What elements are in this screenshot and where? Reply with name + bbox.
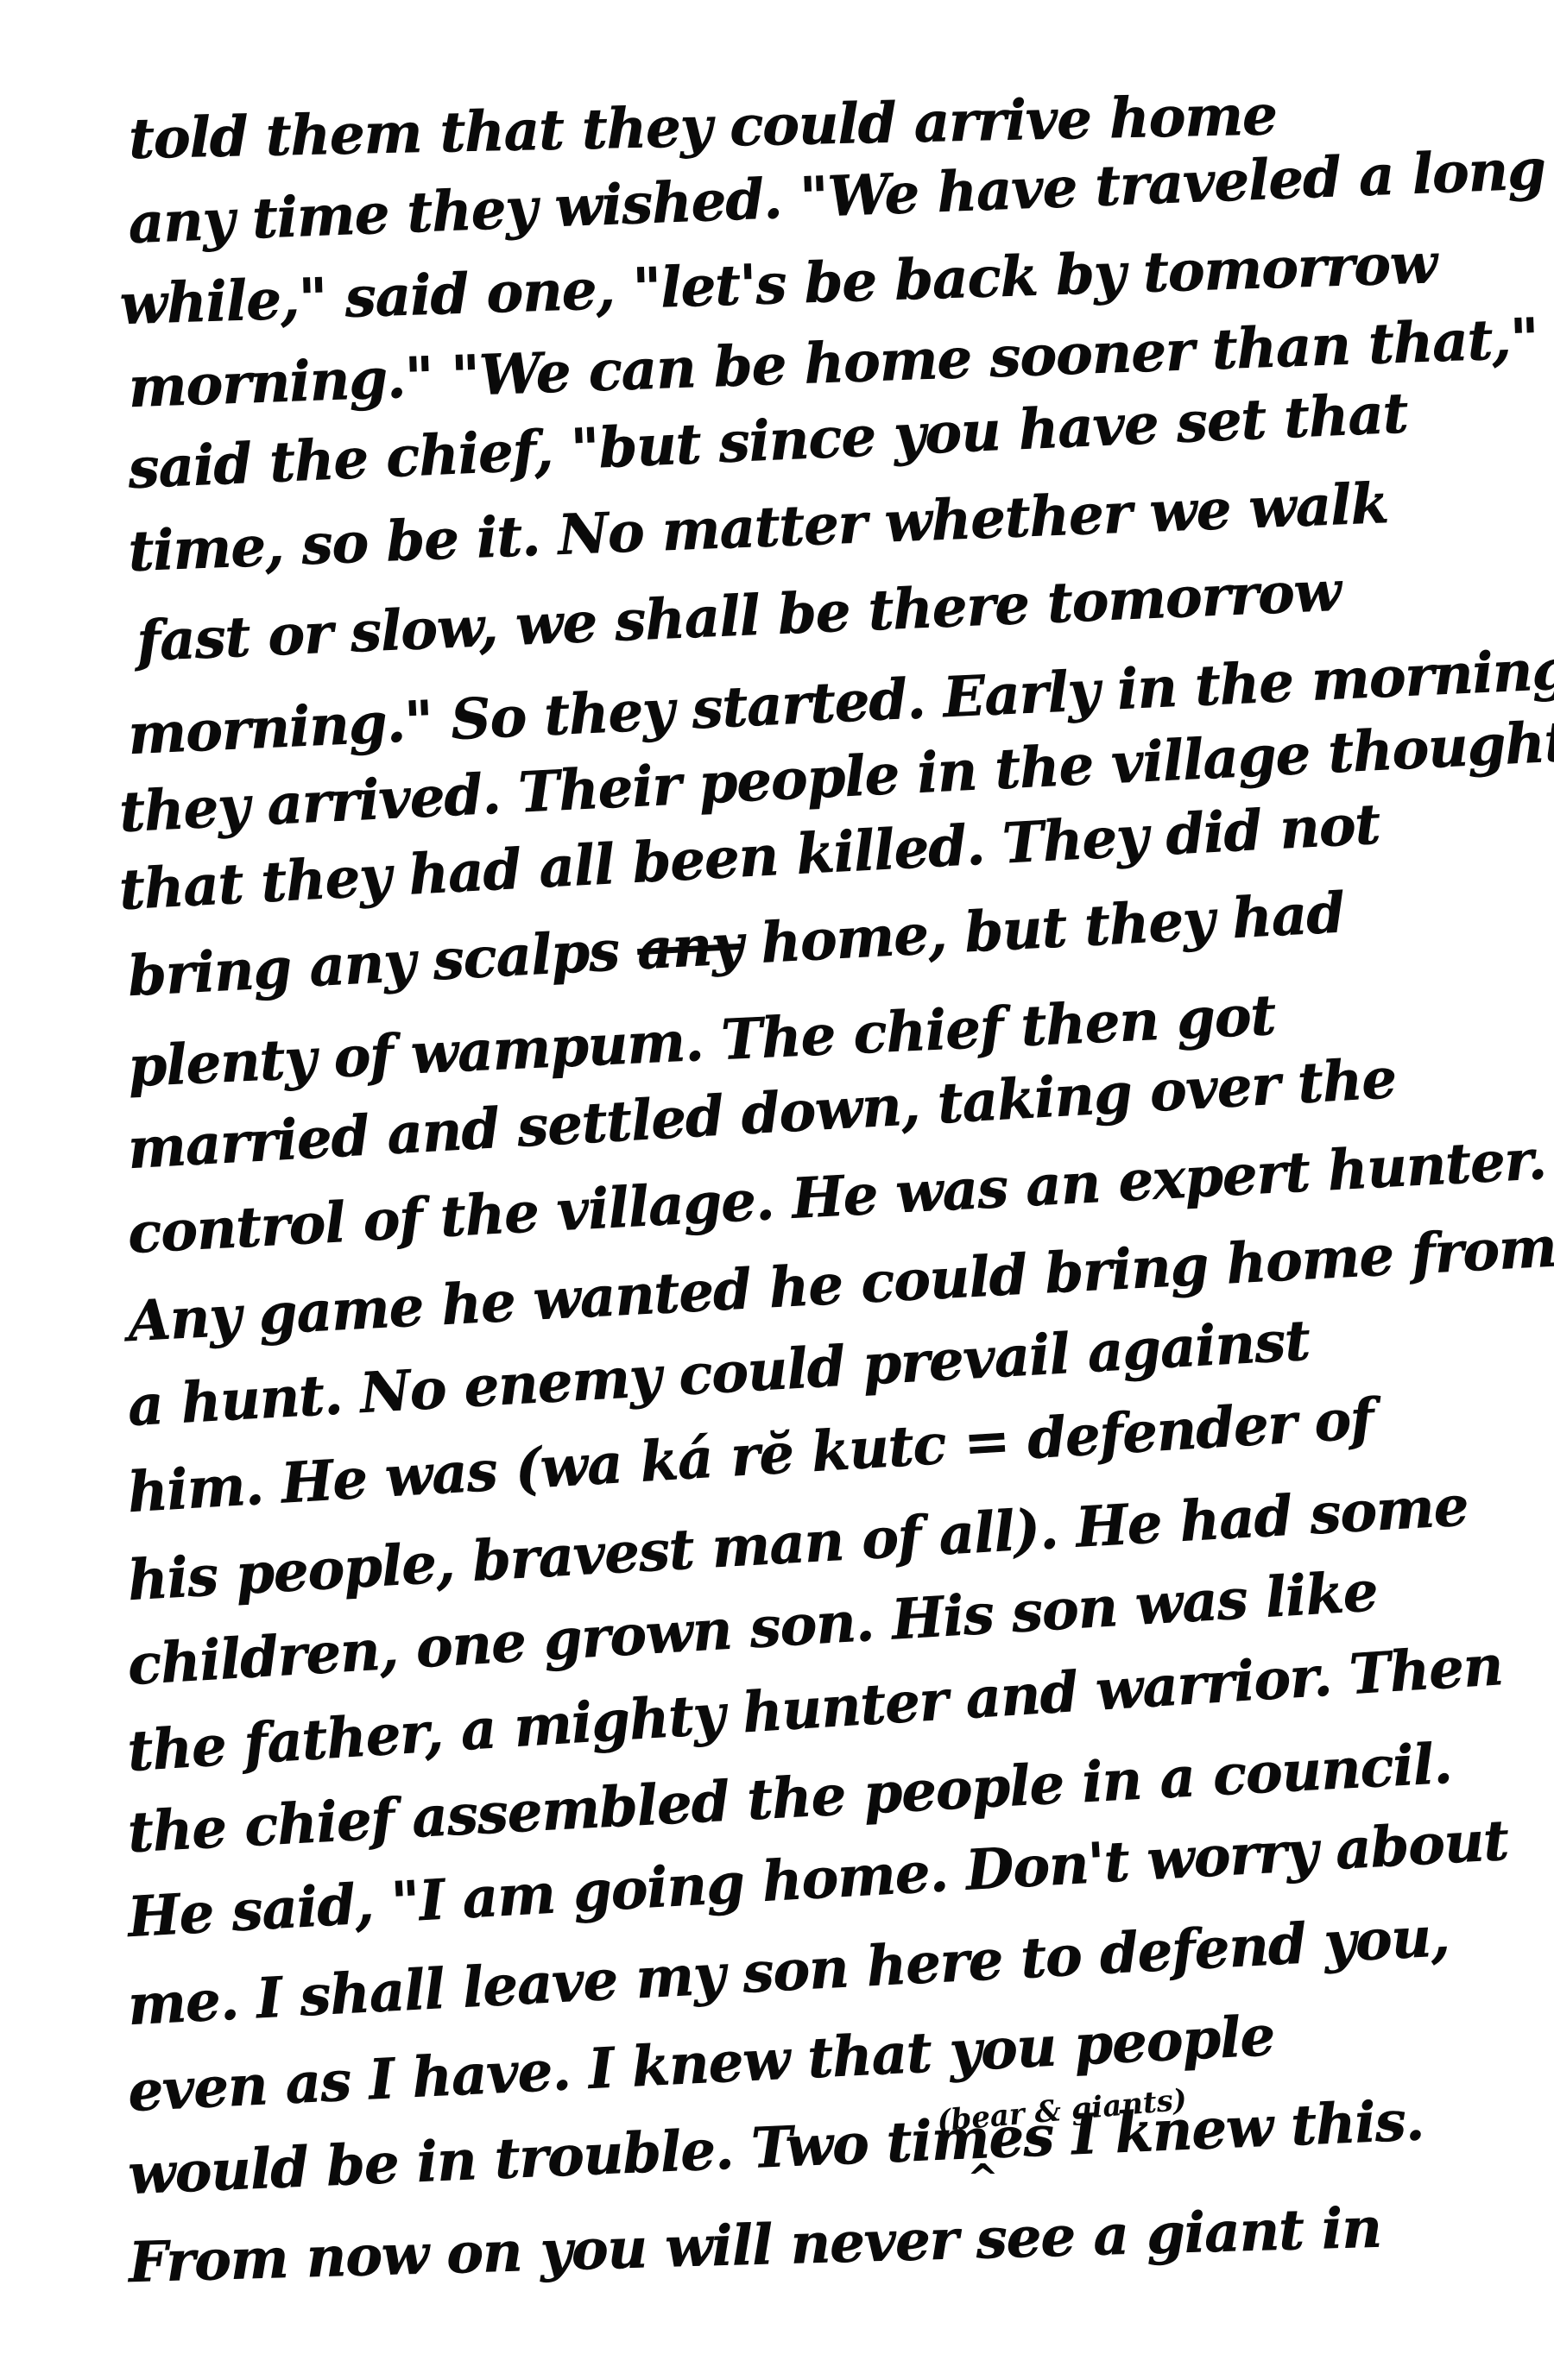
struck-word: any: [635, 912, 744, 982]
line-text: bring any scalps: [126, 918, 639, 1009]
line-text: home, but they had: [741, 881, 1346, 976]
manuscript-line-26: From now on you will never see a giant i…: [128, 2201, 1381, 2291]
insertion-caret: ^: [967, 2156, 999, 2200]
manuscript-page: told them that they could arrive home an…: [0, 0, 1554, 2380]
manuscript-line-7: fast or slow, we shall be there tomorrow: [136, 565, 1342, 670]
